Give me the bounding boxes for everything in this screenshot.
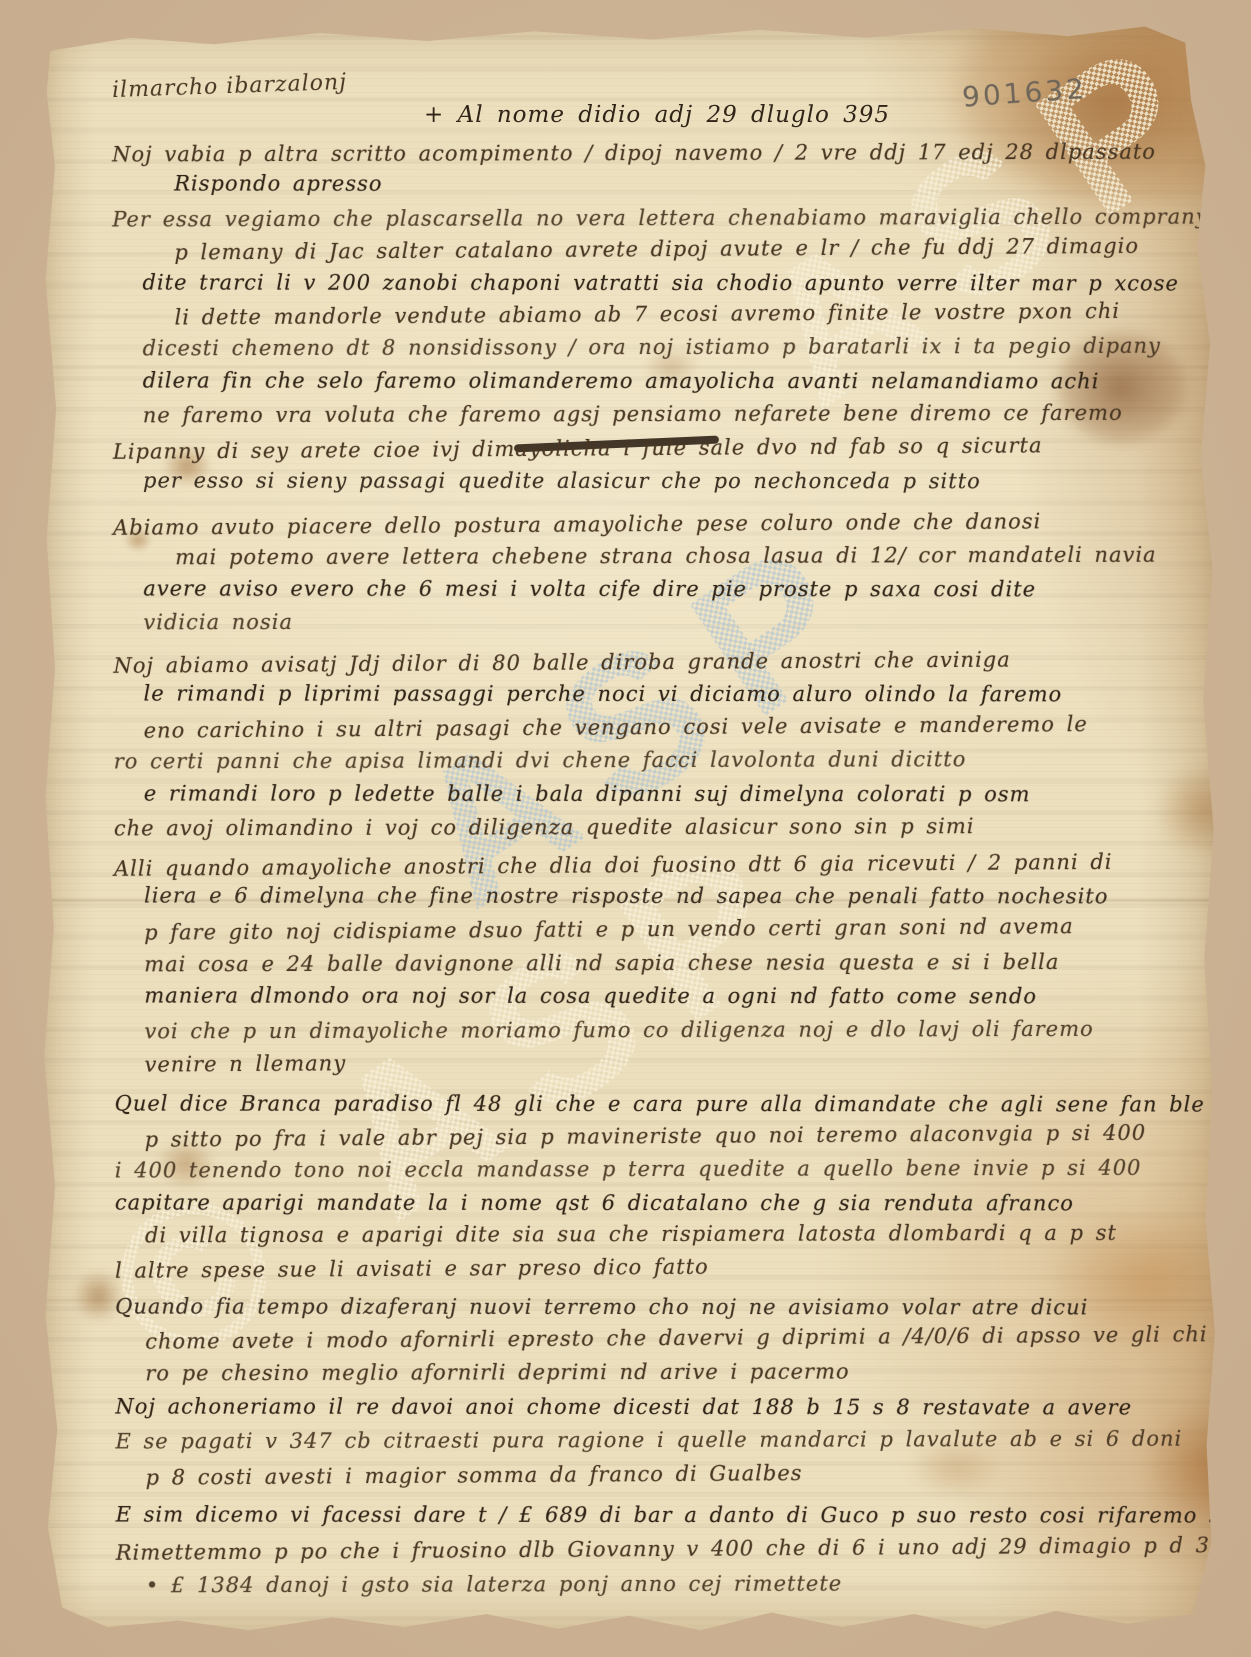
handwritten-line: Rimettemmo p po che i fruosino dlb Giova…	[116, 1530, 1206, 1569]
handwritten-line: dite trarci li v 200 zanobi chaponi vatr…	[142, 267, 1202, 299]
handwritten-line: mai cosa e 24 balle davignone alli nd sa…	[144, 946, 1204, 980]
handwritten-line: E se pagati v 347 cb citraesti pura ragi…	[115, 1424, 1205, 1458]
handwritten-line: p fare gito noj cidispiame dsuo fatti e …	[144, 911, 1204, 950]
handwritten-line: eno carichino i su altri pasagi che veng…	[144, 708, 1204, 747]
handwritten-line: maniera dlmondo ora noj sor la cosa qued…	[144, 981, 1204, 1013]
handwritten-line: chome avete i modo afornirli epresto che…	[145, 1319, 1205, 1358]
handwritten-line: p sitto po fra i vale abr pej sia p mavi…	[145, 1117, 1205, 1156]
handwritten-line: Abiamo avuto piacere dello postura amayo…	[113, 506, 1203, 545]
handwritten-line: p lemany di Jac salter catalano avrete d…	[174, 231, 1202, 270]
scanned-manuscript-page: { "annotations": { "archive_number": "90…	[0, 0, 1251, 1657]
handwritten-line: liera e 6 dimelyna che fine nostre rispo…	[144, 880, 1204, 912]
handwritten-line: di villa tignosa e aparigi dite sia sua …	[145, 1218, 1205, 1252]
handwritten-line: per esso si sieny passagi quedite alasic…	[143, 466, 1203, 498]
handwritten-line: i 400 tenendo tono noi eccla mandasse p …	[115, 1153, 1205, 1187]
handwritten-line: Noj vabia p altra scritto acompimento / …	[112, 137, 1202, 171]
docket-note: ilmarcho ibarzalonj	[112, 70, 348, 103]
handwritten-line: Quel dice Branca paradiso fl 48 gli che …	[115, 1089, 1205, 1121]
handwritten-line: venire n llemany	[144, 1042, 1204, 1081]
handwritten-line: che avoj olimandino i voj co diligenza q…	[114, 811, 1204, 845]
handwritten-line: avere aviso evero che 6 mesi i volta cif…	[143, 574, 1203, 606]
handwritten-line: le rimandi p liprimi passaggi perche noc…	[144, 678, 1204, 710]
handwritten-line: Lipanny di sey arete cioe ivj dimayolich…	[113, 429, 1203, 468]
handwritten-line: dilera fin che selo faremo olimanderemo …	[143, 365, 1203, 397]
letter-body-text: Noj vabia p altra scritto acompimento / …	[112, 137, 1206, 1602]
handwritten-line: l altre spese sue li avisati e sar preso…	[115, 1249, 1205, 1288]
handwritten-line: p 8 costi avesti i magior somma da franc…	[145, 1455, 1205, 1494]
handwritten-line: Alli quando amayoliche anostri che dlia …	[114, 846, 1204, 885]
handwritten-line: mai potemo avere lettera chebene strana …	[175, 539, 1203, 573]
handwritten-line: ne faremo vra voluta che faremo agsj pen…	[143, 398, 1203, 432]
handwritten-line: • £ 1384 danoj i gsto sia laterza ponj a…	[146, 1568, 1206, 1602]
handwritten-line: ro certi panni che apisa limandi dvi che…	[114, 744, 1204, 778]
handwritten-line: Noj abiamo avisatj Jdj dilor di 80 balle…	[113, 643, 1203, 682]
handwritten-line: e rimandi loro p ledette balle i bala di…	[144, 778, 1204, 810]
handwritten-line: capitare aparigi mandate la i nome qst 6…	[115, 1187, 1205, 1219]
handwritten-line: Noj achoneriamo il re davoi anoi chome d…	[115, 1392, 1205, 1424]
archive-number-pencil: 901632	[961, 72, 1088, 114]
handwritten-line: E sim dicemo vi facessi dare t / £ 689 d…	[116, 1500, 1206, 1532]
handwritten-line: li dette mandorle vendute abiamo ab 7 ec…	[174, 295, 1202, 334]
handwritten-line: dicesti chemeno dt 8 nonsidissony / ora …	[143, 331, 1203, 365]
handwritten-line: ro pe chesino meglio afornirli deprimi n…	[145, 1355, 1205, 1389]
invocation-date-heading: + Al nome didio adj 29 dluglo 395	[424, 102, 890, 128]
handwritten-line: Rispondo apresso	[174, 169, 1202, 201]
handwritten-line: voi che p un dimayoliche moriamo fumo co…	[144, 1013, 1204, 1047]
manuscript-sheet: ASP ASP © ASP 901632 ilmarcho ibarzalonj…	[36, 20, 1222, 1640]
handwritten-line: vidicia nosia	[143, 604, 1203, 638]
handwritten-line: Quando fia tempo dizaferanj nuovi terrem…	[115, 1291, 1205, 1323]
